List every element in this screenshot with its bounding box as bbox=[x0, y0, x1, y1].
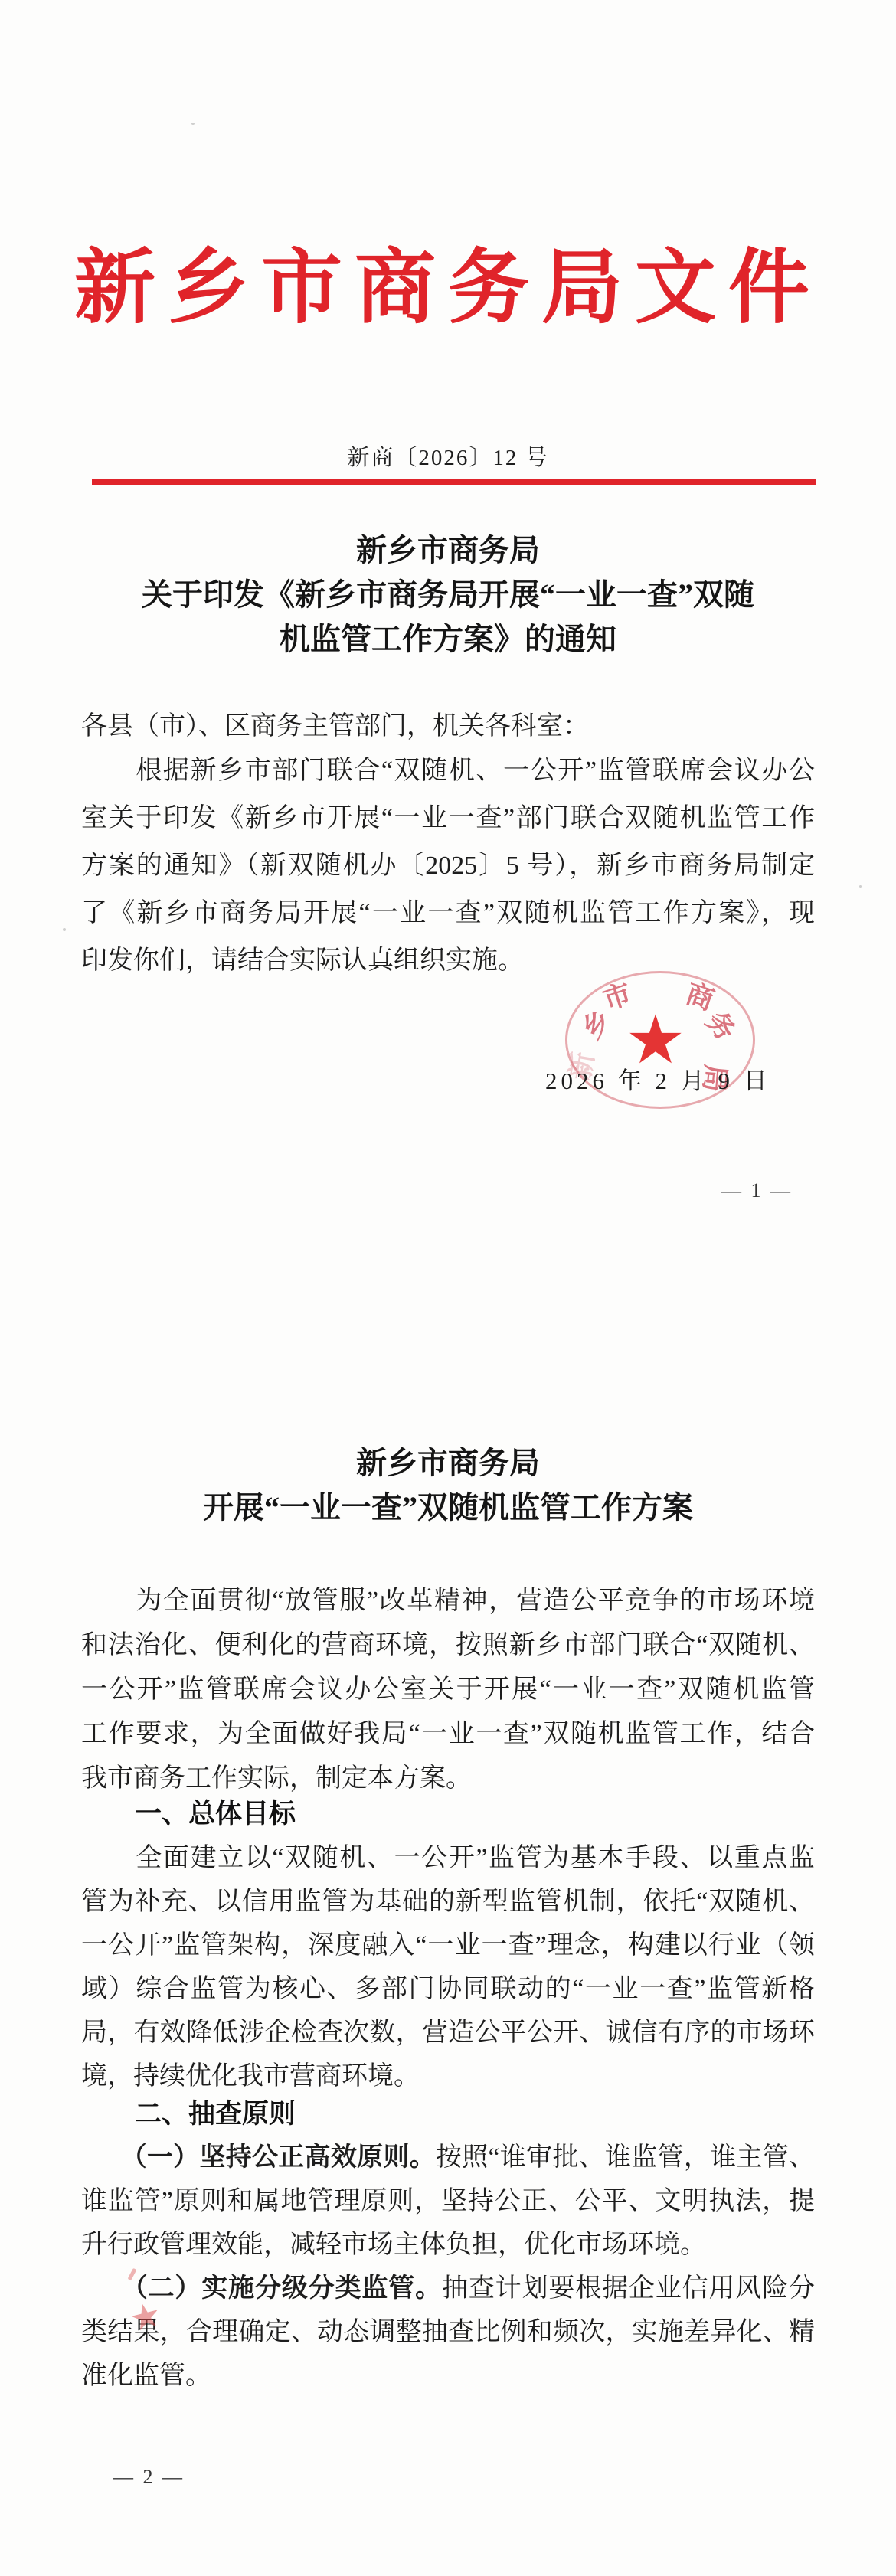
principle-text: 抽查计划要根据企业信用风险分 bbox=[442, 2274, 815, 2303]
body-line: 工作要求，为全面做好我局“一业一查”双随机监管工作，结合 bbox=[81, 1712, 815, 1757]
page-number-1: — 1 — bbox=[721, 1178, 813, 1204]
body-line: 准化监管。 bbox=[81, 2354, 815, 2398]
issue-date: 2026 年 2 月 9 日 bbox=[545, 1066, 775, 1097]
body-line: 升行政管理效能，减轻市场主体负担，优化市场环境。 bbox=[81, 2223, 815, 2267]
scan-speck bbox=[63, 928, 66, 931]
body-line: （二）实施分级分类监管。抽查计划要根据企业信用风险分 bbox=[81, 2267, 815, 2310]
body-line: 类结果，合理确定、动态调整抽查比例和频次，实施差异化、精 bbox=[81, 2310, 815, 2354]
body-line: 室关于印发《新乡市开展“一业一查”部门联合双随机监管工作 bbox=[81, 795, 815, 842]
overall-goals-paragraph: 全面建立以“双随机、一公开”监管为基本手段、以重点监 管为补充、以信用监管为基础… bbox=[81, 1836, 815, 2098]
scanned-official-document: 新乡市商务局文件 新商〔2026〕12 号 新乡市商务局 关于印发《新乡市商务局… bbox=[0, 0, 896, 2576]
body-line: 根据新乡市部门联合“双随机、一公开”监管联席会议办公 bbox=[81, 747, 815, 795]
principle-text: 类结果，合理确定、动态调整抽查比例和频次，实施差异化、精 bbox=[81, 2318, 815, 2346]
red-letterhead-banner: 新乡市商务局文件 bbox=[0, 234, 896, 343]
body-line: 一公开”监管架构，深度融入“一业一查”理念，构建以行业（领 bbox=[81, 1924, 815, 1967]
body-line: 印发你们，请结合实际认真组织实施。 bbox=[81, 937, 815, 985]
body-line: 为全面贯彻“放管服”改革精神，营造公平竞争的市场环境 bbox=[81, 1579, 815, 1623]
body-line: 域）综合监管为核心、多部门协同联动的“一业一查”监管新格 bbox=[81, 1967, 815, 2011]
body-line: 和法治化、便利化的营商环境，按照新乡市部门联合“双随机、 bbox=[81, 1623, 815, 1668]
body-line: 全面建立以“双随机、一公开”监管为基本手段、以重点监 bbox=[81, 1836, 815, 1880]
section-heading-overall-goals: 一、总体目标 bbox=[81, 1792, 815, 1836]
notice-title: 新乡市商务局 关于印发《新乡市商务局开展“一业一查”双随 机监管工作方案》的通知 bbox=[0, 528, 896, 662]
document-number: 新商〔2026〕12 号 bbox=[0, 444, 896, 472]
plan-title-line-2: 开展“一业一查”双随机监管工作方案 bbox=[0, 1486, 896, 1530]
notice-title-line-3: 机监管工作方案》的通知 bbox=[0, 617, 896, 662]
notice-body-paragraph: 根据新乡市部门联合“双随机、一公开”监管联席会议办公 室关于印发《新乡市开展“一… bbox=[81, 747, 815, 985]
body-line: 谁监管”原则和属地管理原则，坚持公正、公平、文明执法，提 bbox=[81, 2179, 815, 2223]
salutation-line: 各县（市）、区商务主管部门，机关各科室： bbox=[81, 711, 832, 743]
scan-speck bbox=[191, 123, 195, 125]
inspection-principles-paragraph: （一）坚持公正高效原则。按照“谁审批、谁监管，谁主管、 谁监管”原则和属地管理原… bbox=[81, 2136, 815, 2398]
body-line: （一）坚持公正高效原则。按照“谁审批、谁监管，谁主管、 bbox=[81, 2136, 815, 2179]
plan-title: 新乡市商务局 开展“一业一查”双随机监管工作方案 bbox=[0, 1441, 896, 1530]
body-line: 方案的通知》（新双随机办〔2025〕5 号），新乡市商务局制定 bbox=[81, 842, 815, 890]
principle-text: 按照“谁审批、谁监管，谁主管、 bbox=[436, 2143, 815, 2172]
plan-title-line-1: 新乡市商务局 bbox=[0, 1441, 896, 1486]
red-divider-rule bbox=[92, 479, 816, 485]
notice-title-line-2: 关于印发《新乡市商务局开展“一业一查”双随 bbox=[0, 573, 896, 617]
principle-text: 升行政管理效能，减轻市场主体负担，优化市场环境。 bbox=[81, 2231, 706, 2259]
plan-intro-paragraph: 为全面贯彻“放管服”改革精神，营造公平竞争的市场环境 和法治化、便利化的营商环境… bbox=[81, 1579, 815, 1801]
body-line: 了《新乡市商务局开展“一业一查”双随机监管工作方案》，现 bbox=[81, 890, 815, 937]
principle-lead: （一）坚持公正高效原则。 bbox=[81, 2143, 436, 2172]
body-line: 管为补充、以信用监管为基础的新型监管机制，依托“双随机、 bbox=[81, 1880, 815, 1924]
section-heading-inspection-principles: 二、抽查原则 bbox=[81, 2092, 815, 2136]
principle-text: 谁监管”原则和属地管理原则，坚持公正、公平、文明执法，提 bbox=[81, 2187, 815, 2215]
body-line: 局，有效降低涉企检查次数，营造公平公开、诚信有序的市场环 bbox=[81, 2011, 815, 2055]
principle-text: 准化监管。 bbox=[81, 2362, 211, 2390]
page-number-2: — 2 — bbox=[113, 2464, 205, 2490]
scan-speck bbox=[859, 885, 862, 888]
notice-title-line-1: 新乡市商务局 bbox=[0, 528, 896, 573]
body-line: 一公开”监管联席会议办公室关于开展“一业一查”双随机监管 bbox=[81, 1668, 815, 1712]
